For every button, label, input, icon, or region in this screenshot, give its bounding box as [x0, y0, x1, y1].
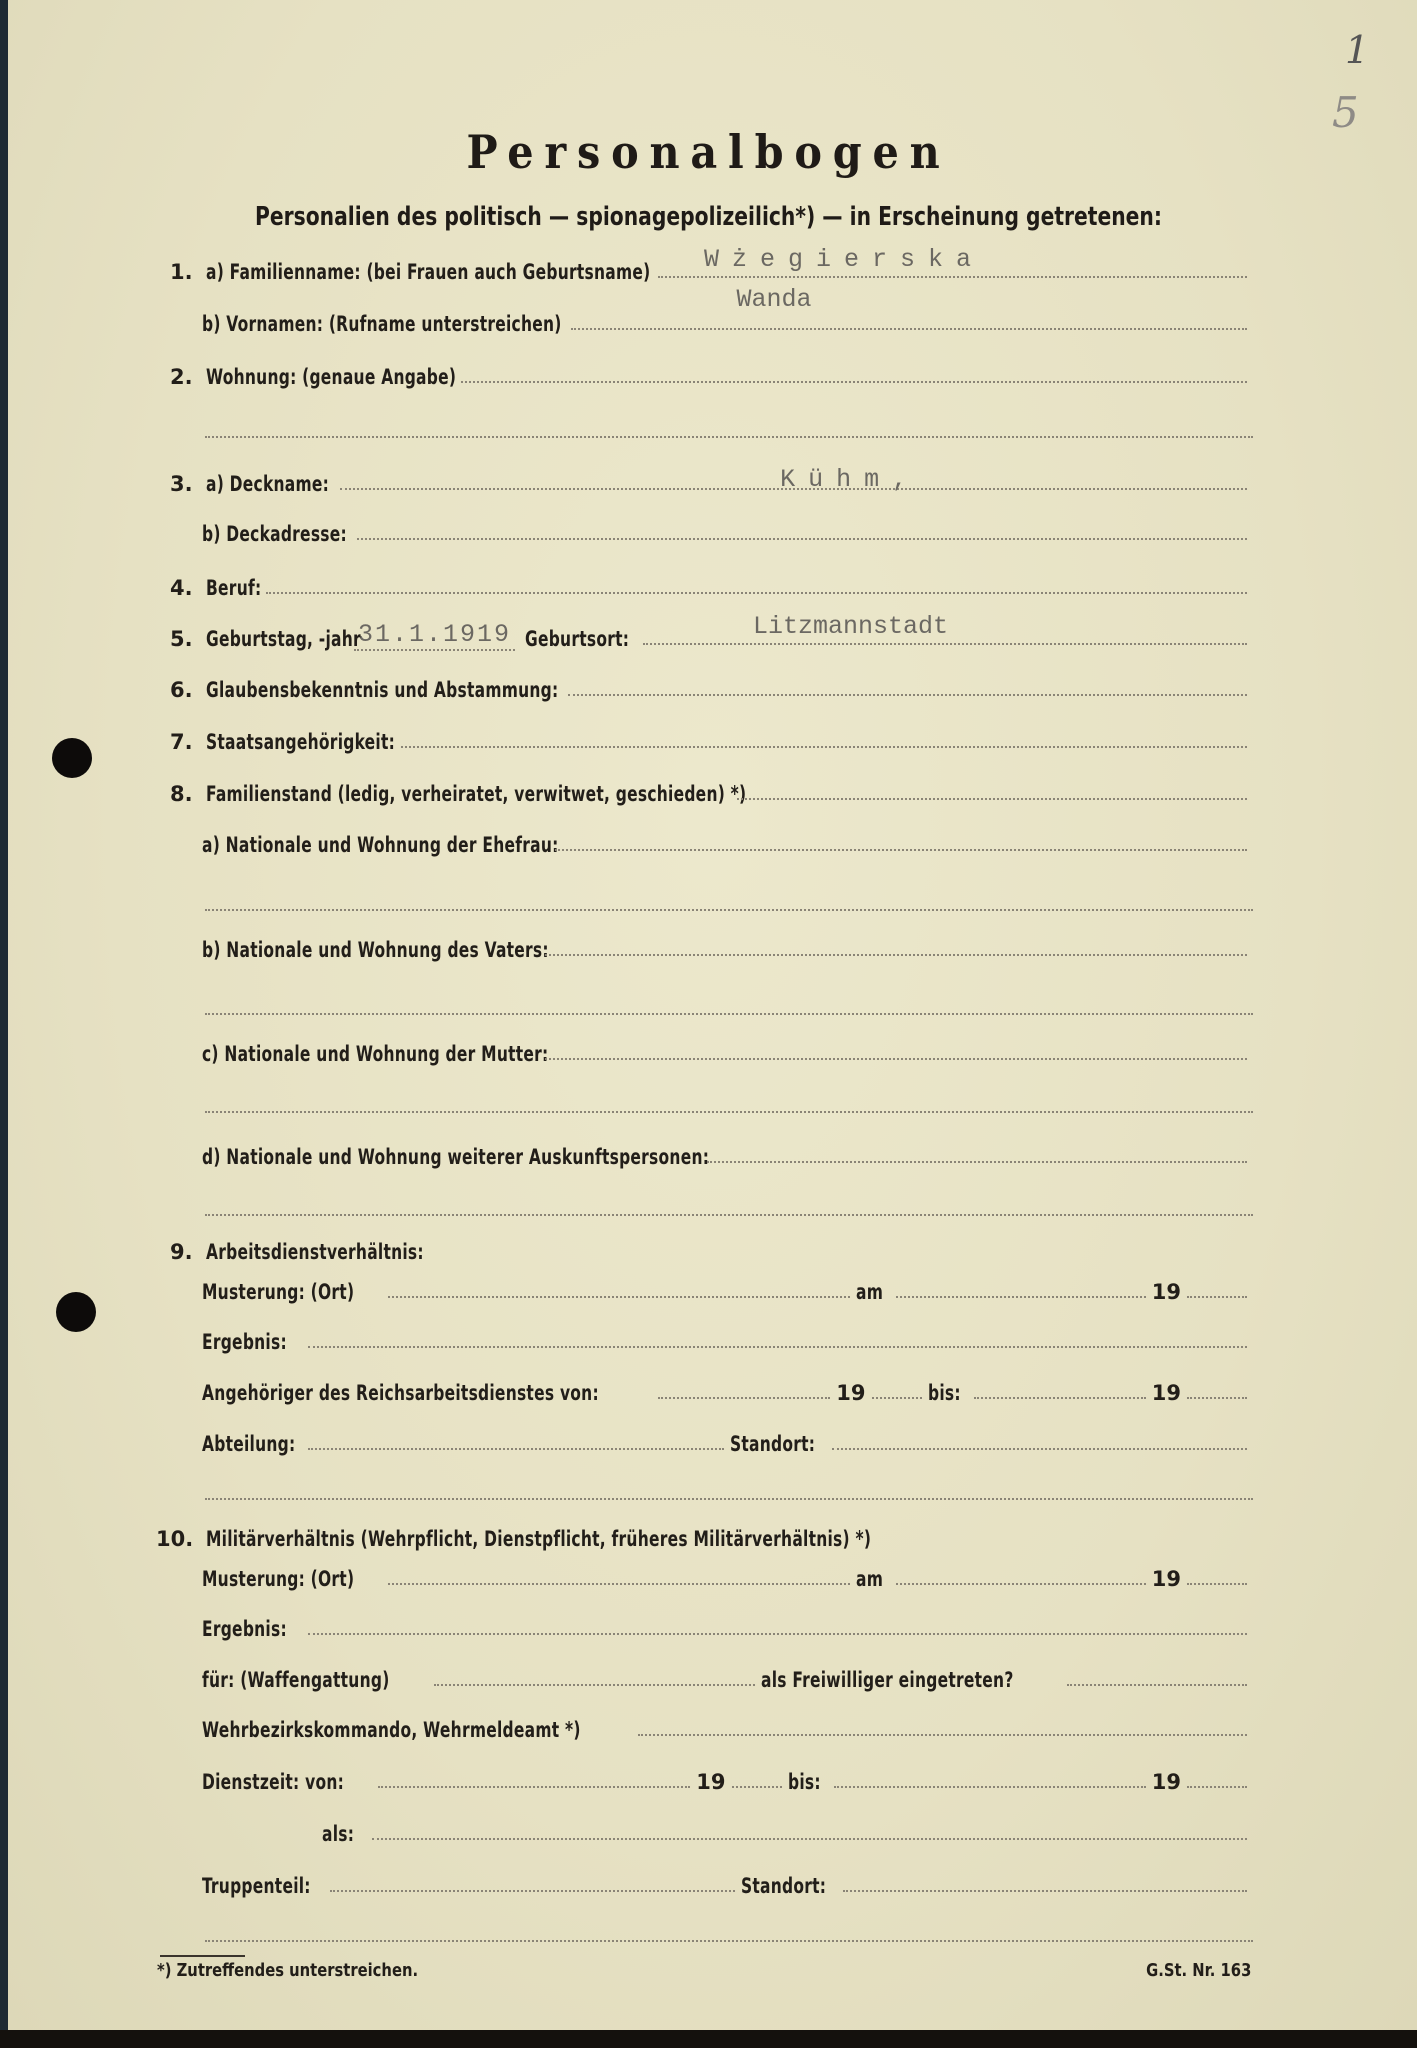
field-label: Dienstzeit: von: [202, 1770, 344, 1794]
footnote-divider [160, 1955, 245, 1957]
field-number: 6. [170, 678, 206, 702]
section-heading: Arbeitsdienstverhältnis: [206, 1240, 424, 1264]
ad-bis-jahr-input[interactable] [1187, 1367, 1247, 1399]
wohnung-input-line-2[interactable] [205, 436, 1253, 438]
field-row-auskunftspersonen: d) Nationale und Wohnung weiterer Auskun… [202, 1135, 1253, 1169]
ad-von-input[interactable] [658, 1367, 830, 1399]
field-row-ehefrau: a) Nationale und Wohnung der Ehefrau: [202, 823, 1253, 857]
mil-von-jahr-input[interactable] [732, 1756, 782, 1788]
field-row-deckadresse: b) Deckadresse: [202, 512, 1253, 546]
ehefrau-input-line-2[interactable] [205, 909, 1253, 911]
field-label: bis: [928, 1381, 961, 1405]
field-label: als Freiwilliger eingetreten? [761, 1668, 1014, 1692]
ad-musterung-ort-input[interactable] [388, 1266, 850, 1298]
field-label: b) Nationale und Wohnung des Vaters: [202, 938, 549, 962]
field-label: Beruf: [206, 576, 261, 600]
field-label: bis: [788, 1770, 821, 1794]
field-label: Glaubensbekenntnis und Abstammung: [206, 678, 558, 702]
ad-abteilung-input[interactable] [308, 1418, 724, 1450]
auskunftspersonen-input[interactable] [707, 1131, 1247, 1163]
mutter-input-line-2[interactable] [205, 1111, 1253, 1113]
deckname-input[interactable]: Kühm, [340, 458, 1247, 490]
field-number: 10. [156, 1527, 206, 1551]
geburtsort-input[interactable]: Litzmannstadt [643, 613, 1247, 645]
field-number: 4. [170, 576, 206, 600]
deckadresse-input[interactable] [357, 508, 1247, 540]
punch-hole-icon [56, 1292, 96, 1332]
ad-musterung-datum-input[interactable] [896, 1266, 1146, 1298]
glaubensbekenntnis-input[interactable] [568, 664, 1247, 696]
field-number: 9. [170, 1240, 206, 1264]
field-row-glaubensbekenntnis: 6. Glaubensbekenntnis und Abstammung: [170, 668, 1253, 702]
familienname-input[interactable]: Wżegierska [658, 246, 1247, 278]
page-title: Personalbogen [71, 125, 1346, 179]
field-row-mil-dienstzeit: Dienstzeit: von: 19 bis: 19 [202, 1760, 1253, 1794]
geburtstag-input[interactable]: 31.1.1919 [354, 620, 515, 651]
typed-value: Wżegierska [704, 245, 984, 274]
ad-extra-line[interactable] [205, 1498, 1253, 1500]
mil-waffengattung-input[interactable] [434, 1654, 755, 1686]
section-heading: Militärverhältnis (Wehrpflicht, Dienstpf… [206, 1527, 871, 1551]
field-label: Wehrbezirkskommando, Wehrmeldeamt *) [202, 1718, 581, 1742]
field-row-mil-ergebnis: Ergebnis: [202, 1607, 1253, 1641]
section-arbeitsdienst-heading: 9. Arbeitsdienstverhältnis: [170, 1230, 1253, 1264]
field-row-familienname: 1. a) Familienname: (bei Frauen auch Geb… [170, 250, 1253, 284]
field-row-ad-angehoeriger: Angehöriger des Reichsarbeitsdienstes vo… [202, 1371, 1253, 1405]
mil-extra-line[interactable] [205, 1940, 1253, 1942]
field-row-mil-wehrbezirk: Wehrbezirkskommando, Wehrmeldeamt *) [202, 1708, 1253, 1742]
mil-bis-input[interactable] [834, 1756, 1146, 1788]
field-row-mil-waffengattung: für: (Waffengattung) als Freiwilliger ei… [202, 1658, 1253, 1692]
field-row-vater: b) Nationale und Wohnung des Vaters: [202, 928, 1253, 962]
field-label: am [856, 1567, 883, 1591]
ad-standort-input[interactable] [832, 1418, 1248, 1450]
field-label: Abteilung: [202, 1432, 295, 1456]
beruf-input[interactable] [266, 562, 1247, 594]
punch-hole-icon [52, 738, 92, 778]
wohnung-input[interactable] [461, 351, 1247, 383]
field-row-beruf: 4. Beruf: [170, 566, 1253, 600]
field-number: 1. [170, 260, 206, 284]
mil-als-input[interactable] [372, 1808, 1247, 1840]
field-number: 5. [170, 627, 206, 651]
form-number: G.St. Nr. 163 [1146, 1960, 1251, 1981]
field-label: Geburtstag, -jahr [206, 627, 361, 651]
field-row-ad-ergebnis: Ergebnis: [202, 1320, 1253, 1354]
typed-value: Litzmannstadt [753, 612, 948, 641]
mutter-input[interactable] [545, 1028, 1247, 1060]
field-label: Geburtsort: [525, 627, 629, 651]
vater-input-line-2[interactable] [205, 1013, 1253, 1015]
field-row-geburtstag: 5. Geburtstag, -jahr 31.1.1919 Geburtsor… [170, 617, 1253, 651]
year-prefix: 19 [1152, 1770, 1181, 1794]
year-prefix: 19 [1152, 1280, 1181, 1304]
page-subtitle: Personalien des politisch — spionagepoli… [156, 202, 1261, 232]
mil-ergebnis-input[interactable] [308, 1603, 1247, 1635]
field-label: b) Deckadresse: [202, 522, 347, 546]
field-label: a) Nationale und Wohnung der Ehefrau: [202, 833, 559, 857]
scan-bottom-edge [0, 2030, 1417, 2048]
field-number: 3. [170, 472, 206, 496]
field-row-mil-truppenteil: Truppenteil: Standort: [202, 1864, 1253, 1898]
field-label: d) Nationale und Wohnung weiterer Auskun… [202, 1145, 709, 1169]
ad-ergebnis-input[interactable] [308, 1316, 1247, 1348]
mil-musterung-datum-input[interactable] [896, 1553, 1146, 1585]
field-number: 2. [170, 365, 206, 389]
field-label: am [856, 1280, 883, 1304]
field-number: 7. [170, 730, 206, 754]
typed-value: Kühm, [780, 465, 920, 494]
footnote: *) Zutreffendes unterstreichen. [157, 1960, 418, 1981]
vornamen-input[interactable]: Wanda [571, 298, 1247, 330]
field-label: Ergebnis: [202, 1617, 287, 1641]
field-label: Musterung: (Ort) [202, 1567, 354, 1591]
mil-von-input[interactable] [378, 1756, 690, 1788]
field-row-ad-abteilung: Abteilung: Standort: [202, 1422, 1253, 1456]
mil-freiwilliger-input[interactable] [1067, 1654, 1247, 1686]
year-prefix: 19 [696, 1770, 725, 1794]
mil-musterung-ort-input[interactable] [388, 1553, 850, 1585]
field-number: 8. [170, 782, 206, 806]
field-row-familienstand: 8. Familienstand (ledig, verheiratet, ve… [170, 772, 1253, 806]
year-prefix: 19 [1152, 1567, 1181, 1591]
field-label: c) Nationale und Wohnung der Mutter: [202, 1042, 549, 1066]
section-militaer-heading: 10. Militärverhältnis (Wehrpflicht, Dien… [156, 1517, 1253, 1551]
field-row-vornamen: b) Vornamen: (Rufname unterstreichen) Wa… [202, 302, 1253, 336]
mil-bis-jahr-input[interactable] [1187, 1756, 1247, 1788]
field-row-mil-musterung: Musterung: (Ort) am 19 [202, 1557, 1253, 1591]
year-prefix: 19 [1152, 1381, 1181, 1405]
field-label: Ergebnis: [202, 1330, 287, 1354]
field-label: a) Deckname: [206, 472, 329, 496]
auskunftspersonen-input-line-2[interactable] [205, 1214, 1253, 1216]
mil-truppenteil-input[interactable] [330, 1860, 735, 1892]
ehefrau-input[interactable] [555, 819, 1247, 851]
field-row-wohnung: 2. Wohnung: (genaue Angabe) [170, 355, 1253, 389]
field-row-ad-musterung: Musterung: (Ort) am 19 [202, 1270, 1253, 1304]
field-row-staatsangehoerigkeit: 7. Staatsangehörigkeit: [170, 720, 1253, 754]
field-label: Musterung: (Ort) [202, 1280, 354, 1304]
vater-input[interactable] [545, 924, 1247, 956]
scan-left-edge [0, 0, 8, 2048]
mil-wehrbezirk-input[interactable] [638, 1704, 1247, 1736]
field-label: für: (Waffengattung) [202, 1668, 390, 1692]
corner-page-mark-top: 1 [1345, 28, 1369, 72]
ad-musterung-jahr-input[interactable] [1187, 1266, 1247, 1298]
mil-musterung-jahr-input[interactable] [1187, 1553, 1247, 1585]
field-label: als: [322, 1822, 354, 1846]
field-row-mil-als: als: [322, 1812, 1253, 1846]
ad-bis-input[interactable] [974, 1367, 1146, 1399]
familienstand-input[interactable] [737, 768, 1247, 800]
field-label: Staatsangehörigkeit: [206, 730, 395, 754]
field-row-deckname: 3. a) Deckname: Kühm, [170, 462, 1253, 496]
field-label: Truppenteil: [202, 1874, 311, 1898]
field-label: Familienstand (ledig, verheiratet, verwi… [206, 782, 746, 806]
staatsangehoerigkeit-input[interactable] [401, 716, 1247, 748]
field-label: b) Vornamen: (Rufname unterstreichen) [202, 312, 562, 336]
field-label: Angehöriger des Reichsarbeitsdienstes vo… [202, 1381, 599, 1405]
field-row-mutter: c) Nationale und Wohnung der Mutter: [202, 1032, 1253, 1066]
field-label: a) Familienname: (bei Frauen auch Geburt… [206, 260, 650, 284]
typed-value: Wanda [737, 285, 812, 314]
field-label: Standort: [741, 1874, 826, 1898]
mil-standort-input[interactable] [843, 1860, 1248, 1892]
year-prefix: 19 [836, 1381, 865, 1405]
field-label: Standort: [730, 1432, 815, 1456]
ad-von-jahr-input[interactable] [872, 1367, 922, 1399]
field-label: Wohnung: (genaue Angabe) [206, 365, 456, 389]
